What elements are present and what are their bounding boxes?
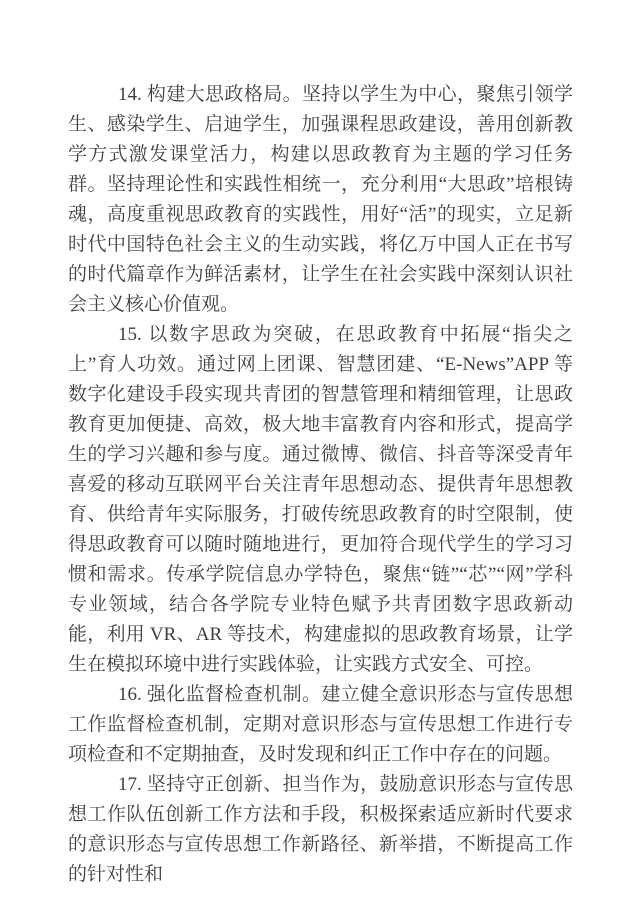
paragraph-17: 17. 坚持守正创新、担当作为，鼓励意识形态与宣传思想工作队伍创新工作方法和手段…: [68, 770, 573, 890]
document-page: 14. 构建大思政格局。坚持以学生为中心，聚焦引领学生、感染学生、启迪学生，加强…: [0, 0, 639, 903]
paragraph-15: 15. 以数字思政为突破，在思政教育中拓展“指尖之上”育人功效。通过网上团课、智…: [68, 320, 573, 680]
paragraph-14: 14. 构建大思政格局。坚持以学生为中心，聚焦引领学生、感染学生、启迪学生，加强…: [68, 80, 573, 320]
paragraph-16: 16. 强化监督检查机制。建立健全意识形态与宣传思想工作监督检查机制，定期对意识…: [68, 680, 573, 770]
document-text-block: 14. 构建大思政格局。坚持以学生为中心，聚焦引领学生、感染学生、启迪学生，加强…: [68, 80, 573, 890]
